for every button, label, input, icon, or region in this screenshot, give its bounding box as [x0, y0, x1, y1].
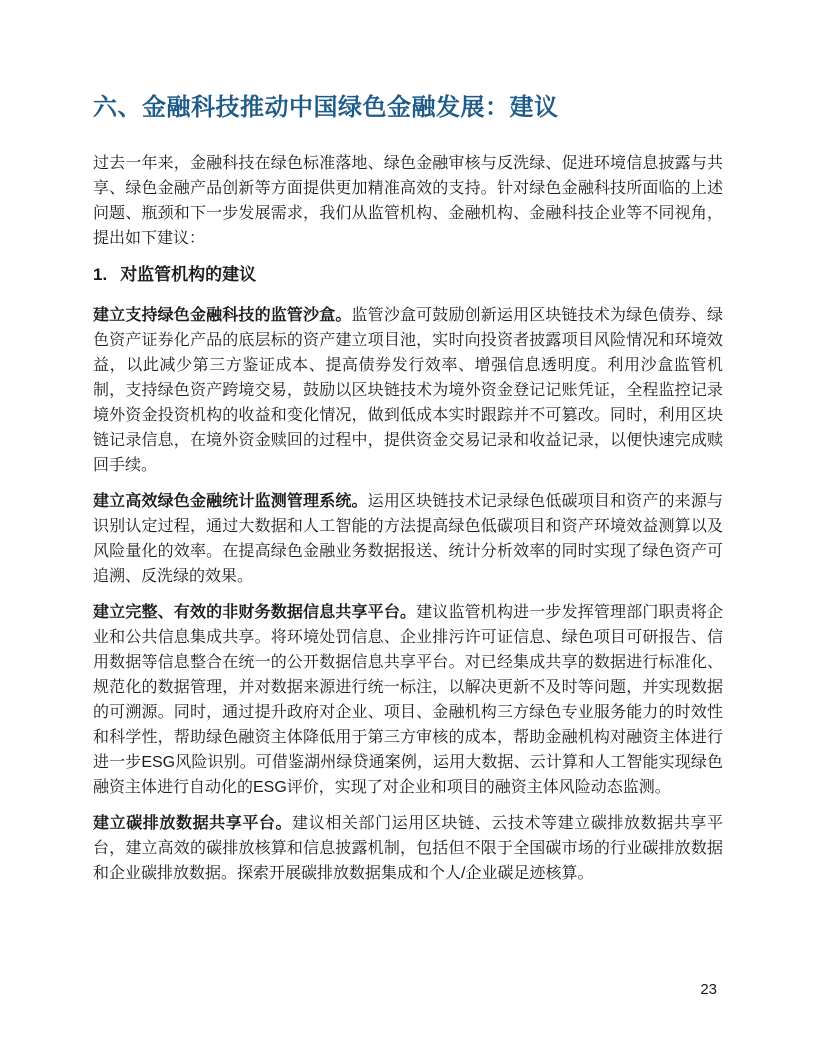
section-title: 对监管机构的建议	[120, 265, 256, 284]
recommendation-paragraph-2: 建立高效绿色金融统计监测管理系统。运用区块链技术记录绿色低碳项目和资产的来源与识…	[93, 489, 723, 589]
section-number: 1.	[93, 262, 107, 287]
report-page: 六、金融科技推动中国绿色金融发展：建议 过去一年来，金融科技在绿色标准落地、绿色…	[0, 0, 816, 1056]
paragraph-lead: 建立支持绿色金融科技的监管沙盒。	[93, 307, 352, 324]
page-number: 23	[700, 980, 717, 1000]
recommendation-paragraph-4: 建立碳排放数据共享平台。建议相关部门运用区块链、云技术等建立碳排放数据共享平台，…	[93, 811, 723, 886]
recommendation-paragraph-3: 建立完整、有效的非财务数据信息共享平台。建议监管机构进一步发挥管理部门职责将企业…	[93, 600, 723, 800]
paragraph-body: 监管沙盒可鼓励创新运用区块链技术为绿色债券、绿色资产证券化产品的底层标的资产建立…	[93, 307, 723, 474]
paragraph-lead: 建立完整、有效的非财务数据信息共享平台。	[93, 604, 416, 621]
page-content: 六、金融科技推动中国绿色金融发展：建议 过去一年来，金融科技在绿色标准落地、绿色…	[93, 92, 723, 897]
paragraph-lead: 建立碳排放数据共享平台。	[93, 815, 292, 832]
intro-paragraph: 过去一年来，金融科技在绿色标准落地、绿色金融审核与反洗绿、促进环境信息披露与共享…	[93, 151, 723, 251]
recommendation-paragraph-1: 建立支持绿色金融科技的监管沙盒。监管沙盒可鼓励创新运用区块链技术为绿色债券、绿色…	[93, 303, 723, 478]
paragraph-lead: 建立高效绿色金融统计监测管理系统。	[93, 493, 368, 510]
paragraph-body: 建议监管机构进一步发挥管理部门职责将企业和公共信息集成共享。将环境处罚信息、企业…	[93, 604, 723, 796]
page-title: 六、金融科技推动中国绿色金融发展：建议	[93, 92, 723, 123]
section-heading: 1.对监管机构的建议	[93, 262, 723, 287]
